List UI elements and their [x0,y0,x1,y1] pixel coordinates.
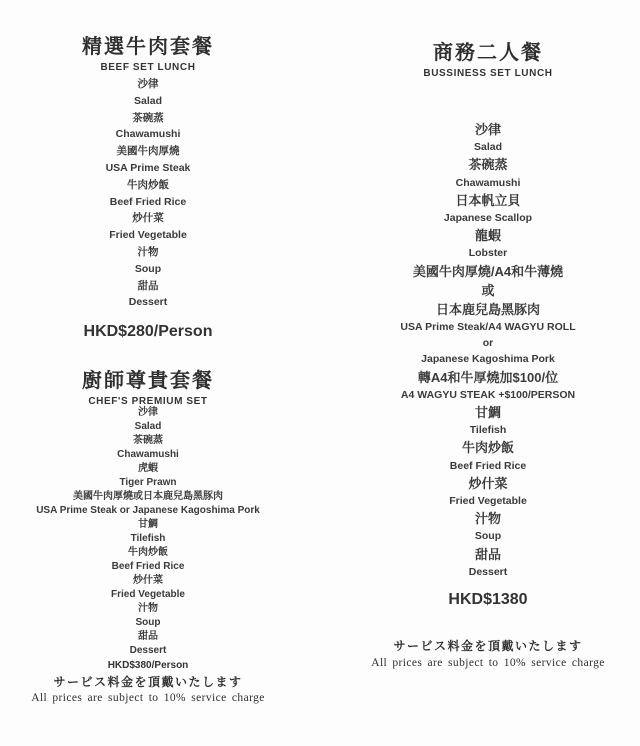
menu-item-en: Beef Fried Rice [16,196,280,209]
section-beef-set-lunch: 精選牛肉套餐 BEEF SET LUNCH 沙律Salad茶碗蒸Chawamus… [16,34,280,342]
menu-item-en: Dessert [16,296,280,309]
menu-item-list: 沙律Salad茶碗蒸Chawamushi虎蝦Tiger Prawn美國牛肉厚燒或… [16,407,280,657]
menu-item-zh: 炒什菜 [16,575,280,587]
menu-item-zh: 甜品 [16,631,280,643]
menu-item-zh: 汁物 [16,246,280,259]
menu-item-en: Salad [356,141,620,154]
menu-page: 精選牛肉套餐 BEEF SET LUNCH 沙律Salad茶碗蒸Chawamus… [0,0,640,746]
menu-item-zh: 沙律 [16,78,280,91]
menu-column-left: 精選牛肉套餐 BEEF SET LUNCH 沙律Salad茶碗蒸Chawamus… [16,34,280,706]
menu-item-en: Lobster [356,247,620,260]
menu-item-zh: 虎蝦 [16,463,280,475]
menu-item-zh: 牛肉炒飯 [16,547,280,559]
menu-item-en: Tilefish [16,533,280,545]
menu-item-en: Fried Vegetable [16,229,280,242]
section-title-en: BEEF SET LUNCH [16,61,280,74]
section-price: HKD$1380 [356,590,620,610]
menu-item-list: 沙律Salad茶碗蒸Chawamushi美國牛肉厚燒USA Prime Stea… [16,78,280,309]
section-title-zh: 廚師尊貴套餐 [16,368,280,394]
menu-item-zh: 沙律 [16,407,280,419]
section-price: HKD$280/Person [16,322,280,342]
menu-item-en: A4 WAGYU STEAK +$100/PERSON [356,389,620,402]
menu-item-list: 沙律Salad茶碗蒸Chawamushi日本帆立貝Japanese Scallo… [356,122,620,578]
menu-item-zh: 日本鹿兒島黑豚肉 [356,302,620,318]
section-title-zh: 精選牛肉套餐 [16,34,280,60]
menu-item-en: Beef Fried Rice [356,460,620,473]
menu-item-zh: 炒什菜 [356,476,620,492]
section-price: HKD$380/Person [16,659,280,672]
menu-item-en: Chawamushi [16,128,280,141]
menu-item-zh: 美國牛肉厚燒 [16,145,280,158]
menu-item-en: Chawamushi [356,177,620,190]
menu-item-en: Salad [16,421,280,433]
menu-item-en: Fried Vegetable [16,589,280,601]
menu-item-en: Soup [16,617,280,629]
menu-item-en: Tiger Prawn [16,477,280,489]
service-charge-notice-jp: サービス料金を頂戴いたします [356,639,620,654]
menu-item-zh: 汁物 [16,603,280,615]
menu-item-en: Soup [16,263,280,276]
menu-item-zh: 或 [356,283,620,299]
menu-item-en: Tilefish [356,424,620,437]
menu-item-zh: 甜品 [16,280,280,293]
menu-item-zh: 牛肉炒飯 [356,440,620,456]
section-chefs-premium-set: 廚師尊貴套餐 CHEF'S PREMIUM SET 沙律Salad茶碗蒸Chaw… [16,368,280,706]
menu-item-zh: 茶碗蒸 [16,112,280,125]
menu-item-en: Chawamushi [16,449,280,461]
section-title-zh: 商務二人餐 [356,40,620,66]
menu-item-zh: 茶碗蒸 [356,157,620,173]
menu-item-en: Dessert [16,645,280,657]
menu-item-en: USA Prime Steak [16,162,280,175]
service-charge-notice-en: All prices are subject to 10% service ch… [356,656,620,671]
menu-column-right: 商務二人餐 BUSSINESS SET LUNCH 沙律Salad茶碗蒸Chaw… [356,40,620,671]
menu-item-zh: 轉A4和牛厚燒加$100/位 [356,370,620,386]
menu-item-zh: 牛肉炒飯 [16,179,280,192]
menu-item-en: or [356,337,620,350]
menu-item-zh: 甘鯛 [16,519,280,531]
menu-item-zh: 甘鯛 [356,405,620,421]
menu-item-zh: 汁物 [356,511,620,527]
menu-item-en: USA Prime Steak or Japanese Kagoshima Po… [16,505,280,517]
menu-item-en: Soup [356,530,620,543]
menu-item-en: Fried Vegetable [356,495,620,508]
menu-item-en: Beef Fried Rice [16,561,280,573]
service-charge-notice-jp: サービス料金を頂戴いたします [16,675,280,690]
section-business-set-lunch: 商務二人餐 BUSSINESS SET LUNCH 沙律Salad茶碗蒸Chaw… [356,40,620,671]
menu-item-en: Japanese Kagoshima Pork [356,353,620,366]
menu-item-zh: 甜品 [356,547,620,563]
menu-item-en: USA Prime Steak/A4 WAGYU ROLL [356,321,620,334]
menu-item-zh: 美國牛肉厚燒/A4和牛薄燒 [356,264,620,280]
service-charge-notice-en: All prices are subject to 10% service ch… [16,691,280,706]
menu-item-zh: 茶碗蒸 [16,435,280,447]
menu-item-zh: 龍蝦 [356,228,620,244]
menu-item-zh: 炒什菜 [16,212,280,225]
menu-item-zh: 沙律 [356,122,620,138]
menu-item-en: Dessert [356,566,620,579]
menu-item-en: Japanese Scallop [356,212,620,225]
section-title-en: BUSSINESS SET LUNCH [356,67,620,80]
menu-item-en: Salad [16,95,280,108]
menu-item-zh: 美國牛肉厚燒或日本鹿兒島黑豚肉 [16,491,280,503]
menu-item-zh: 日本帆立貝 [356,193,620,209]
